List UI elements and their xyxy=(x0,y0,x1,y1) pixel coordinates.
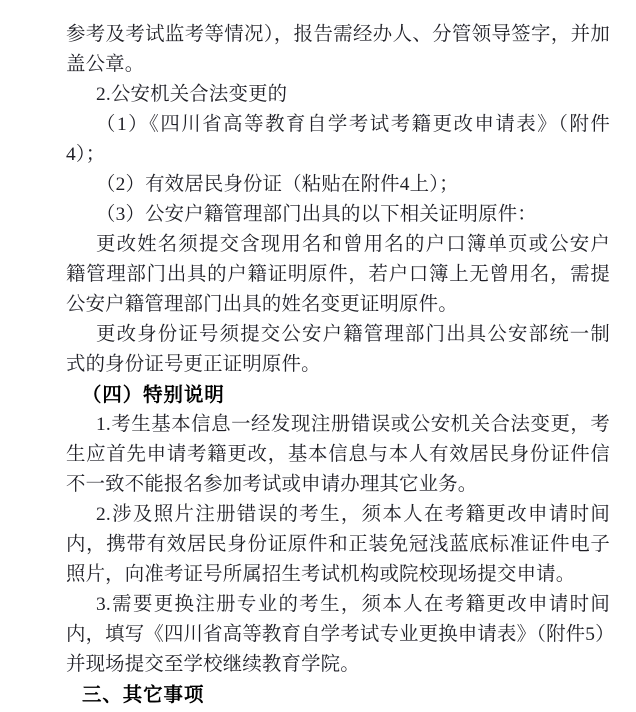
doc-text-line: 公安户籍管理部门出具的姓名变更证明原件。 xyxy=(66,290,610,320)
doc-text-line: 3.需要更换注册专业的考生，须本人在考籍更改申请时间 xyxy=(66,590,610,620)
doc-text-line: 内，携带有效居民身份证原件和正装免冠浅蓝底标准证件电子版 xyxy=(66,530,610,560)
doc-text-line: 2.公安机关合法变更的 xyxy=(66,80,610,110)
heading-special-instructions: （四）特别说明 xyxy=(66,380,610,410)
doc-text-line: （1）《四川省高等教育自学考试考籍更改申请表》（附件 xyxy=(66,110,610,140)
doc-text-line: 不一致不能报名参加考试或申请办理其它业务。 xyxy=(66,470,610,500)
heading-other-matters: 三、其它事项 xyxy=(66,680,610,710)
doc-text-line: （3）公安户籍管理部门出具的以下相关证明原件： xyxy=(66,200,610,230)
doc-text-line: 生应首先申请考籍更改，基本信息与本人有效居民身份证件信息 xyxy=(66,440,610,470)
doc-text-line: 参考及考试监考等情况），报告需经办人、分管领导签字，并加 xyxy=(66,20,610,50)
doc-text-line: 盖公章。 xyxy=(66,50,610,80)
doc-text-line: 2.涉及照片注册错误的考生，须本人在考籍更改申请时间 xyxy=(66,500,610,530)
doc-text-line: 1.考生基本信息一经发现注册错误或公安机关合法变更，考 xyxy=(66,410,610,440)
doc-text-line: 更改身份证号须提交公安户籍管理部门出具公安部统一制 xyxy=(66,320,610,350)
doc-text-line: 并现场提交至学校继续教育学院。 xyxy=(66,650,610,680)
doc-text-line: 籍管理部门出具的户籍证明原件，若户口簿上无曾用名，需提交 xyxy=(66,260,610,290)
text-block: 参考及考试监考等情况），报告需经办人、分管领导签字，并加 盖公章。 2.公安机关… xyxy=(66,20,610,710)
doc-text-line: 更改姓名须提交含现用名和曾用名的户口簿单页或公安户 xyxy=(66,230,610,260)
document-page: 参考及考试监考等情况），报告需经办人、分管领导签字，并加 盖公章。 2.公安机关… xyxy=(0,0,636,712)
doc-text-line: 内，填写《四川省高等教育自学考试专业更换申请表》（附件5） xyxy=(66,620,610,650)
doc-text-line: 照片，向准考证号所属招生考试机构或院校现场提交申请。 xyxy=(66,560,610,590)
doc-text-line: （2）有效居民身份证（粘贴在附件4上）； xyxy=(66,170,610,200)
doc-text-line: 4）； xyxy=(66,140,610,170)
doc-text-line: 式的身份证号更正证明原件。 xyxy=(66,350,610,380)
